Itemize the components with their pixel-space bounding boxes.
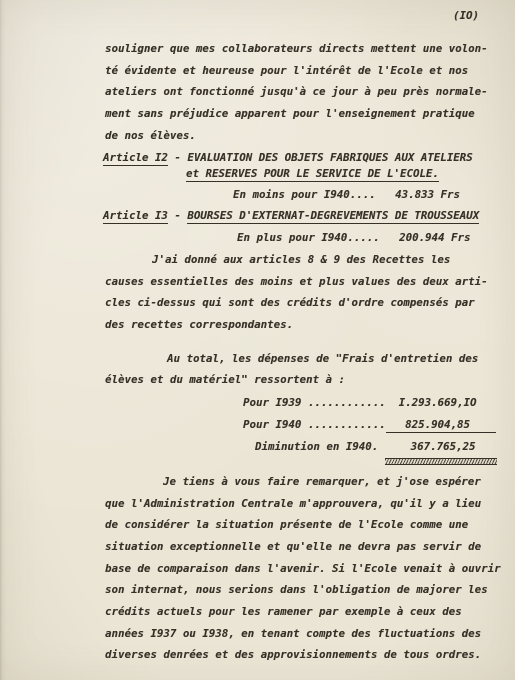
paragraph-line: élèves et du matériel" ressortent à : (105, 373, 345, 387)
paragraph-line: Je tiens à vous faire remarquer, et j'os… (163, 475, 481, 489)
page-number: (IO) (453, 9, 479, 23)
totals-row-1940: Pour I940 ............ 825.904,85 (243, 418, 496, 432)
paragraph-line: Au total, les dépenses de "Frais d'entre… (167, 352, 478, 366)
article-12-heading: Article I2 - EVALUATION DES OBJETS FABRI… (103, 151, 473, 165)
totals-row-diminution: Diminution en I940. 367.765,25 (255, 440, 475, 454)
paragraph-line: diverses denrées et des approvisionnemen… (105, 648, 481, 662)
article-13-title: BOURSES D'EXTERNAT-DEGREVEMENTS DE TROUS… (187, 209, 479, 224)
totals-row-1939-text: Pour I939 ............ I.293.669,IO (243, 396, 476, 409)
article-13-label: Article I3 (103, 209, 168, 224)
article-12-dash: - (168, 151, 187, 164)
paragraph-line: années I937 ou I938, en tenant compte de… (105, 627, 481, 641)
document-page: (IO) souligner que mes collaborateurs di… (0, 0, 515, 680)
paragraph-line: ateliers ont fonctionné jusqu'à ce jour … (105, 85, 488, 99)
double-rule (385, 458, 497, 465)
paragraph-line: de nos élèves. (105, 129, 196, 143)
paragraph-line: ment sans préjudice apparent pour l'ense… (105, 107, 475, 121)
article-12-title-line2: et RESERVES POUR LE SERVICE DE L'ECOLE. (186, 167, 439, 181)
article-12-label: Article I2 (103, 151, 168, 166)
paragraph-line: situation exceptionnelle et qu'elle ne d… (105, 540, 481, 554)
article-13-heading: Article I3 - BOURSES D'EXTERNAT-DEGREVEM… (103, 209, 479, 223)
paragraph-line: J'ai donné aux articles 8 & 9 des Recett… (152, 253, 450, 267)
paragraph-line: cles ci-dessus qui sont des crédits d'or… (105, 296, 475, 310)
paragraph-line: que l'Administration Centrale m'approuve… (105, 497, 481, 511)
totals-row-1939: Pour I939 ............ I.293.669,IO (243, 396, 476, 410)
paragraph-line: té évidente et heureuse pour l'intérêt d… (105, 64, 468, 78)
paragraph-line: des recettes correspondantes. (105, 318, 293, 332)
paragraph-line: causes essentielles des moins et plus va… (105, 275, 488, 289)
paragraph-line: de considérer la situation présente de l… (105, 518, 468, 532)
article-13-dash: - (168, 209, 187, 222)
paragraph-line: base de comparaison dans l'avenir. Si l'… (105, 562, 501, 576)
totals-row-1940-label: Pour I940 ............ (243, 418, 386, 431)
paragraph-line: crédits actuels pour les ramener par exe… (105, 605, 462, 619)
totals-row-1940-amount: 825.904,85 (386, 418, 496, 433)
article-12-amount-line: En moins pour I940.... 43.833 Frs (233, 188, 460, 202)
paragraph-line: son internat, nous serions dans l'obliga… (105, 583, 488, 597)
article-13-amount-line: En plus pour I940..... 200.944 Frs (237, 231, 470, 245)
paragraph-line: souligner que mes collaborateurs directs… (105, 42, 488, 56)
article-12-title-line1: EVALUATION DES OBJETS FABRIQUES AUX ATEL… (187, 151, 472, 164)
article-12-title-line2-text: et RESERVES POUR LE SERVICE DE L'ECOLE. (186, 167, 439, 182)
